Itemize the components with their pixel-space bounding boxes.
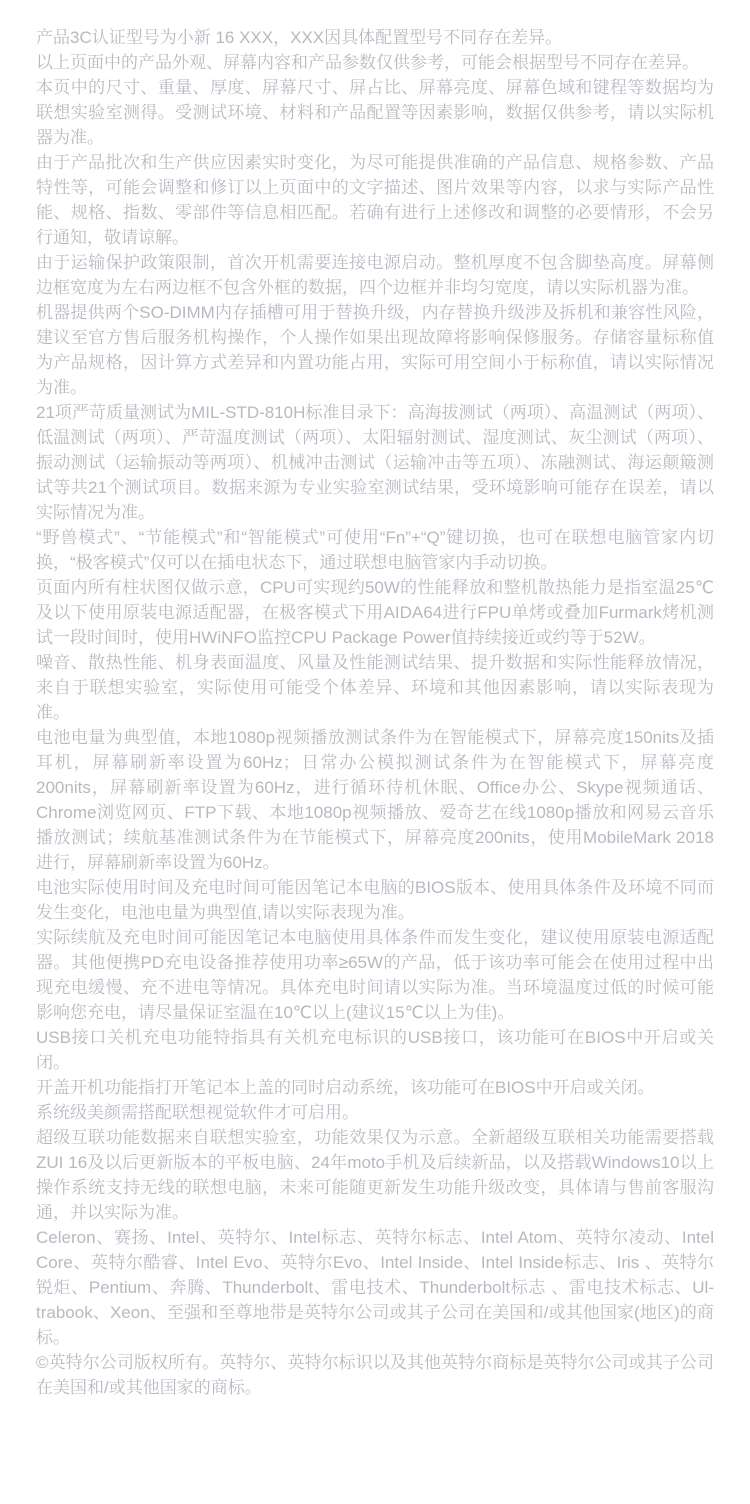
disclaimer-paragraph-battery-bios: 电池实际使用时间及充电时间可能因笔记本电脑的BIOS版本、使用具体条件及环境不同… (36, 875, 714, 925)
disclaimer-paragraph-intel-copyright: ©英特尔公司版权所有。英特尔、英特尔标识以及其他英特尔商标是英特尔公司或其子公司… (36, 1350, 714, 1400)
disclaimer-paragraph-beauty-software: 系统级美颜需搭配联想视觉软件才可启用。 (36, 1100, 714, 1125)
disclaimer-paragraph-cpu-power: 页面内所有柱状图仅做示意，CPU可实现约50W的性能释放和整机散热能力是指室温2… (36, 575, 714, 650)
disclaimer-paragraph-noise-thermal: 噪音、散热性能、机身表面温度、风量及性能测试结果、提升数据和实际性能释放情况，来… (36, 650, 714, 725)
disclaimer-paragraph-product-revisions: 由于产品批次和生产供应因素实时变化，为尽可能提供准确的产品信息、规格参数、产品特… (36, 150, 714, 250)
disclaimer-paragraph-3c-model: 产品3C认证型号为小新 16 XXX，XXX因具体配置型号不同存在差异。 (36, 25, 714, 50)
disclaimer-paragraph-shipping-protection: 由于运输保护政策限制，首次开机需要连接电源启动。整机厚度不包含脚垫高度。屏幕侧边… (36, 250, 714, 300)
disclaimer-paragraph-smart-connect: 超级互联功能数据来自联想实验室，功能效果仅为示意。全新超级互联相关功能需要搭载Z… (36, 1125, 714, 1225)
disclaimer-text-block: 产品3C认证型号为小新 16 XXX，XXX因具体配置型号不同存在差异。 以上页… (0, 0, 750, 1400)
disclaimer-paragraph-lab-measurements: 本页中的尺寸、重量、厚度、屏幕尺寸、屏占比、屏幕亮度、屏幕色域和键程等数据均为联… (36, 75, 714, 150)
disclaimer-paragraph-battery-tests: 电池电量为典型值，本地1080p视频播放测试条件为在智能模式下，屏幕亮度150n… (36, 725, 714, 875)
disclaimer-paragraph-memory-upgrade: 机器提供两个SO-DIMM内存插槽可用于替换升级，内存替换升级涉及拆机和兼容性风… (36, 300, 714, 400)
disclaimer-paragraph-lid-open-boot: 开盖开机功能指打开笔记本上盖的同时启动系统，该功能可在BIOS中开启或关闭。 (36, 1075, 714, 1100)
disclaimer-paragraph-pd-charging: 实际续航及充电时间可能因笔记本电脑使用具体条件而发生变化，建议使用原装电源适配器… (36, 925, 714, 1025)
disclaimer-paragraph-performance-modes: “野兽模式”、“节能模式”和“智能模式”可使用“Fn”+“Q”键切换，也可在联想… (36, 525, 714, 575)
product-disclaimer-page: 产品3C认证型号为小新 16 XXX，XXX因具体配置型号不同存在差异。 以上页… (0, 0, 750, 1504)
disclaimer-paragraph-usb-charging: USB接口关机充电功能特指具有关机充电标识的USB接口，该功能可在BIOS中开启… (36, 1025, 714, 1075)
disclaimer-paragraph-appearance-reference: 以上页面中的产品外观、屏幕内容和产品参数仅供参考，可能会根据型号不同存在差异。 (36, 50, 714, 75)
disclaimer-paragraph-intel-trademarks: Celeron、赛扬、Intel、英特尔、Intel标志、英特尔标志、Intel… (36, 1225, 714, 1350)
disclaimer-paragraph-milstd-tests: 21项严苛质量测试为MIL-STD-810H标准目录下：高海拔测试（两项）、高温… (36, 400, 714, 525)
